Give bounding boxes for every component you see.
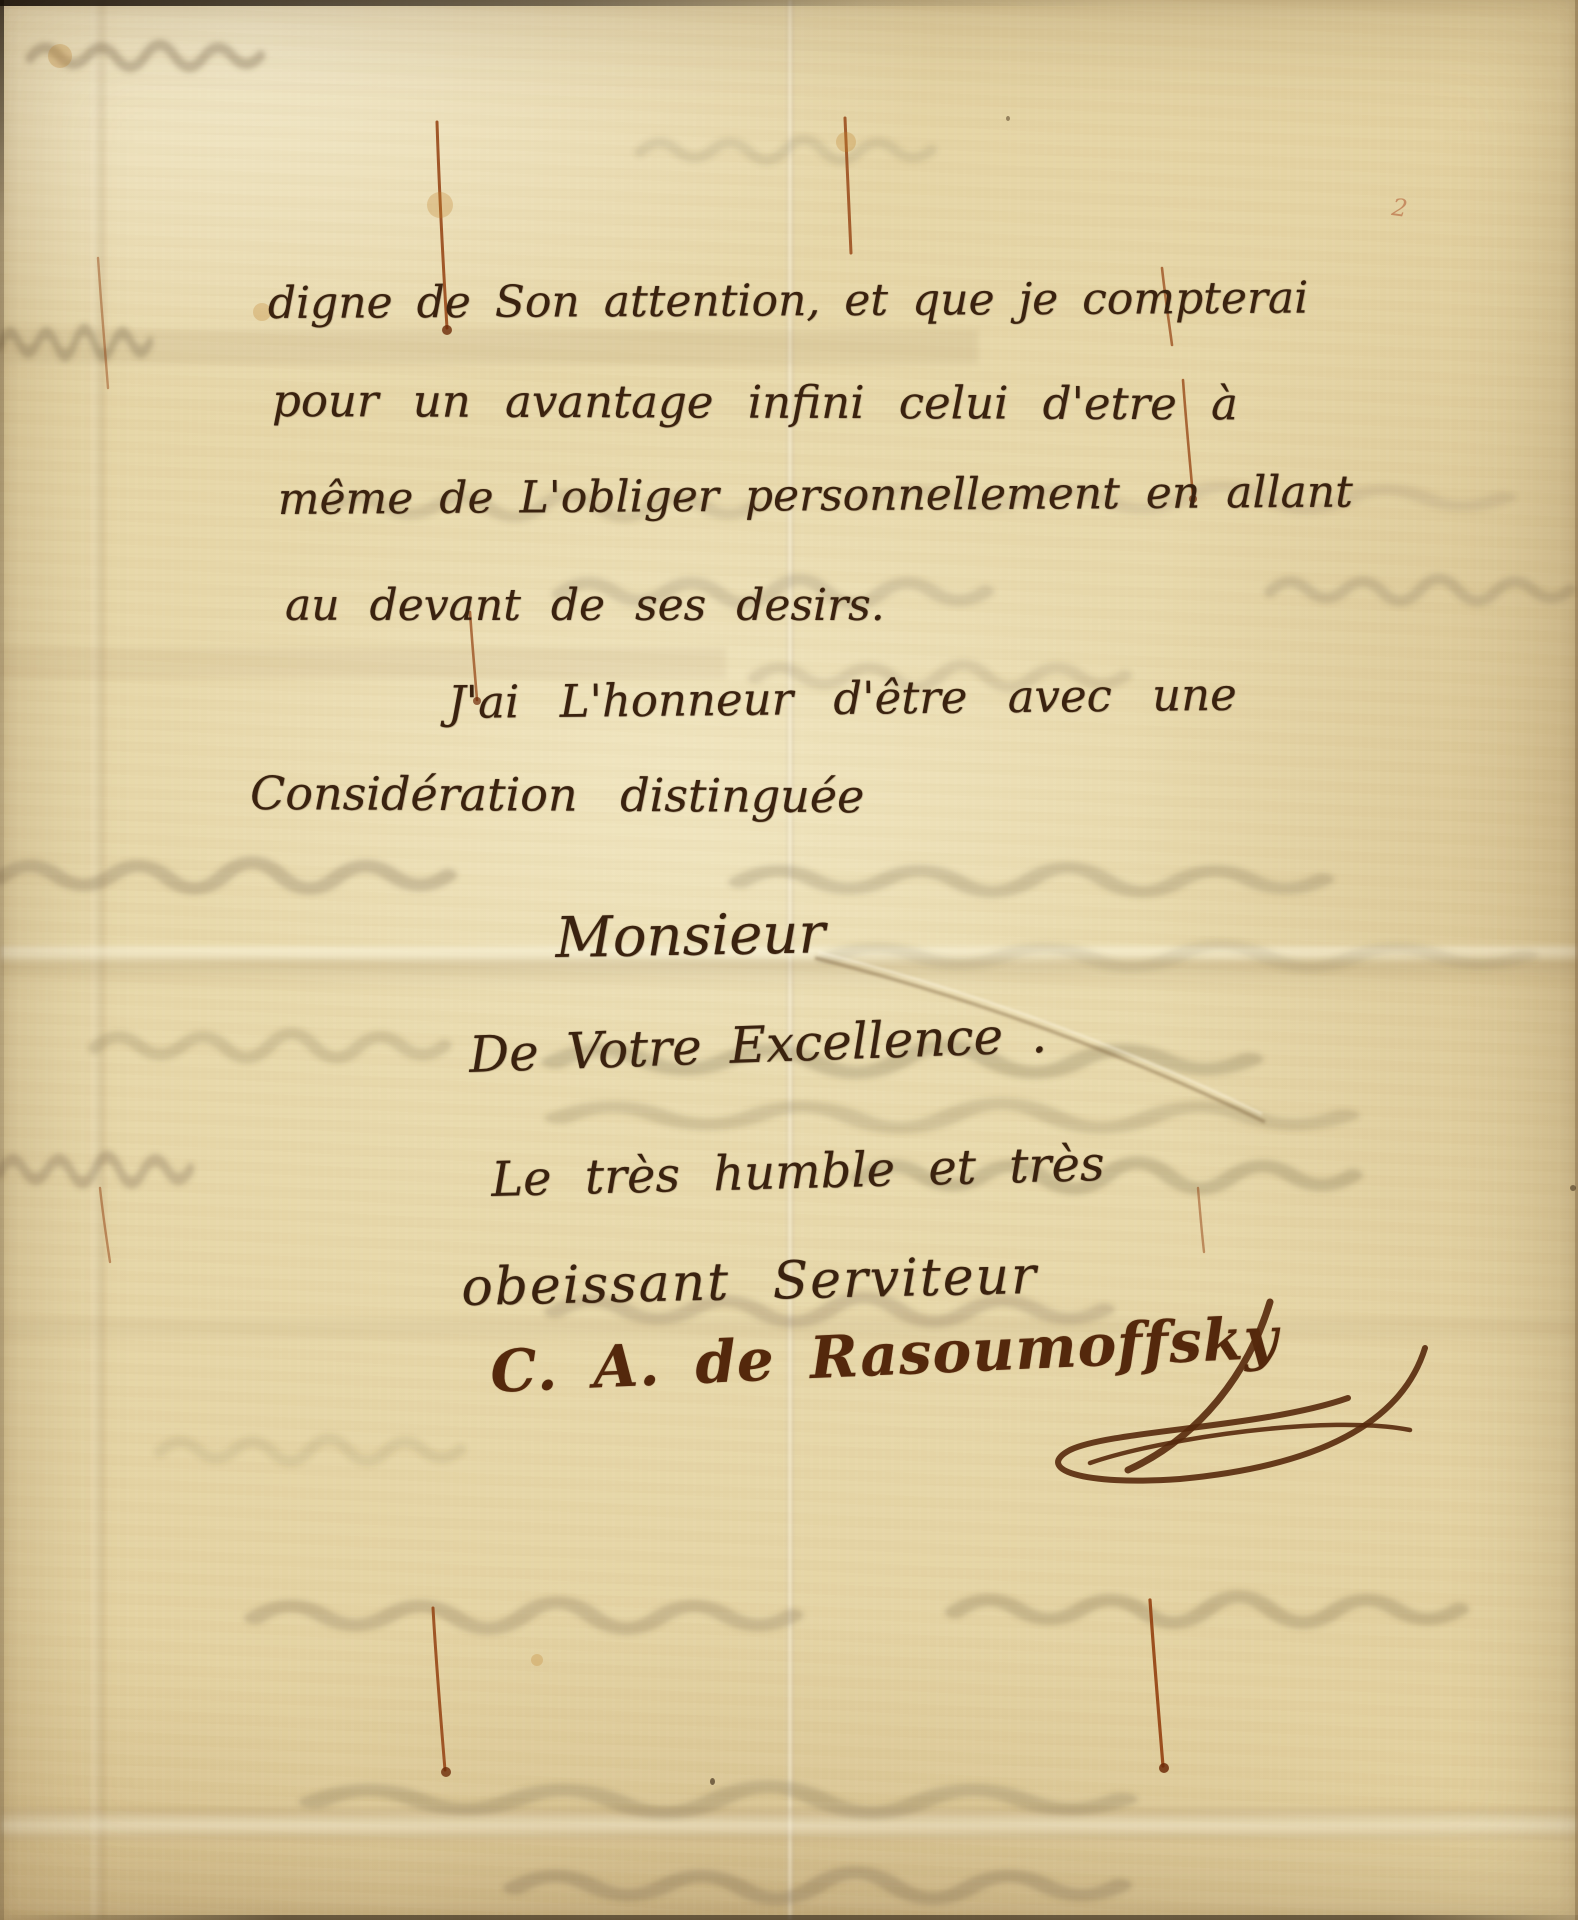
manuscript-letter-scan: digne de Son attention, et que je compte… (0, 0, 1578, 1920)
scan-edge-bottom (0, 1915, 1578, 1920)
paper-speck (710, 1778, 715, 1785)
scan-edge-top (0, 0, 1578, 6)
paper-speck (1570, 1185, 1576, 1191)
scan-vignette (0, 0, 1578, 1920)
scan-edge-left (0, 0, 4, 1920)
paper-speck (1006, 116, 1010, 121)
